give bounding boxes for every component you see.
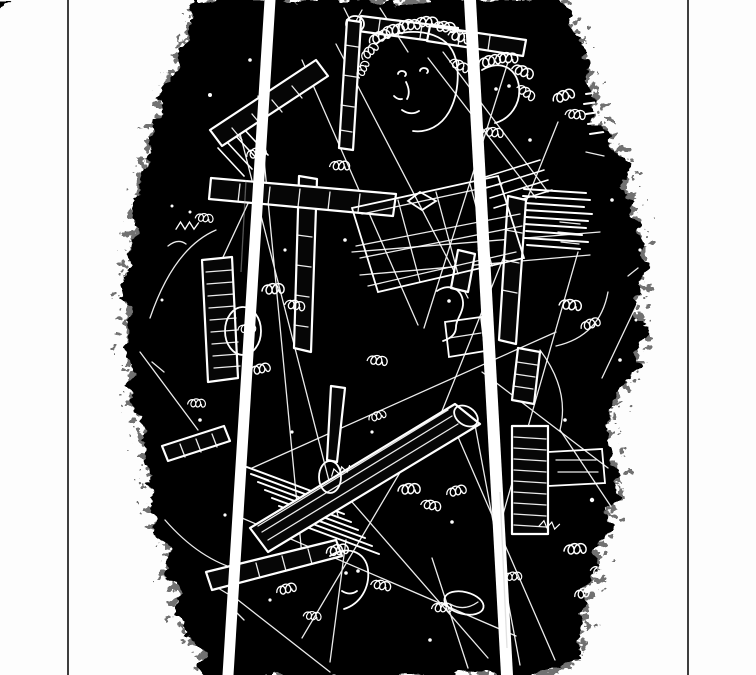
striped-bar <box>512 348 540 404</box>
artwork <box>0 0 756 675</box>
right-rule <box>687 0 689 675</box>
ink-blot <box>127 0 643 675</box>
scanned-page <box>0 0 756 675</box>
left-rule <box>67 0 69 675</box>
